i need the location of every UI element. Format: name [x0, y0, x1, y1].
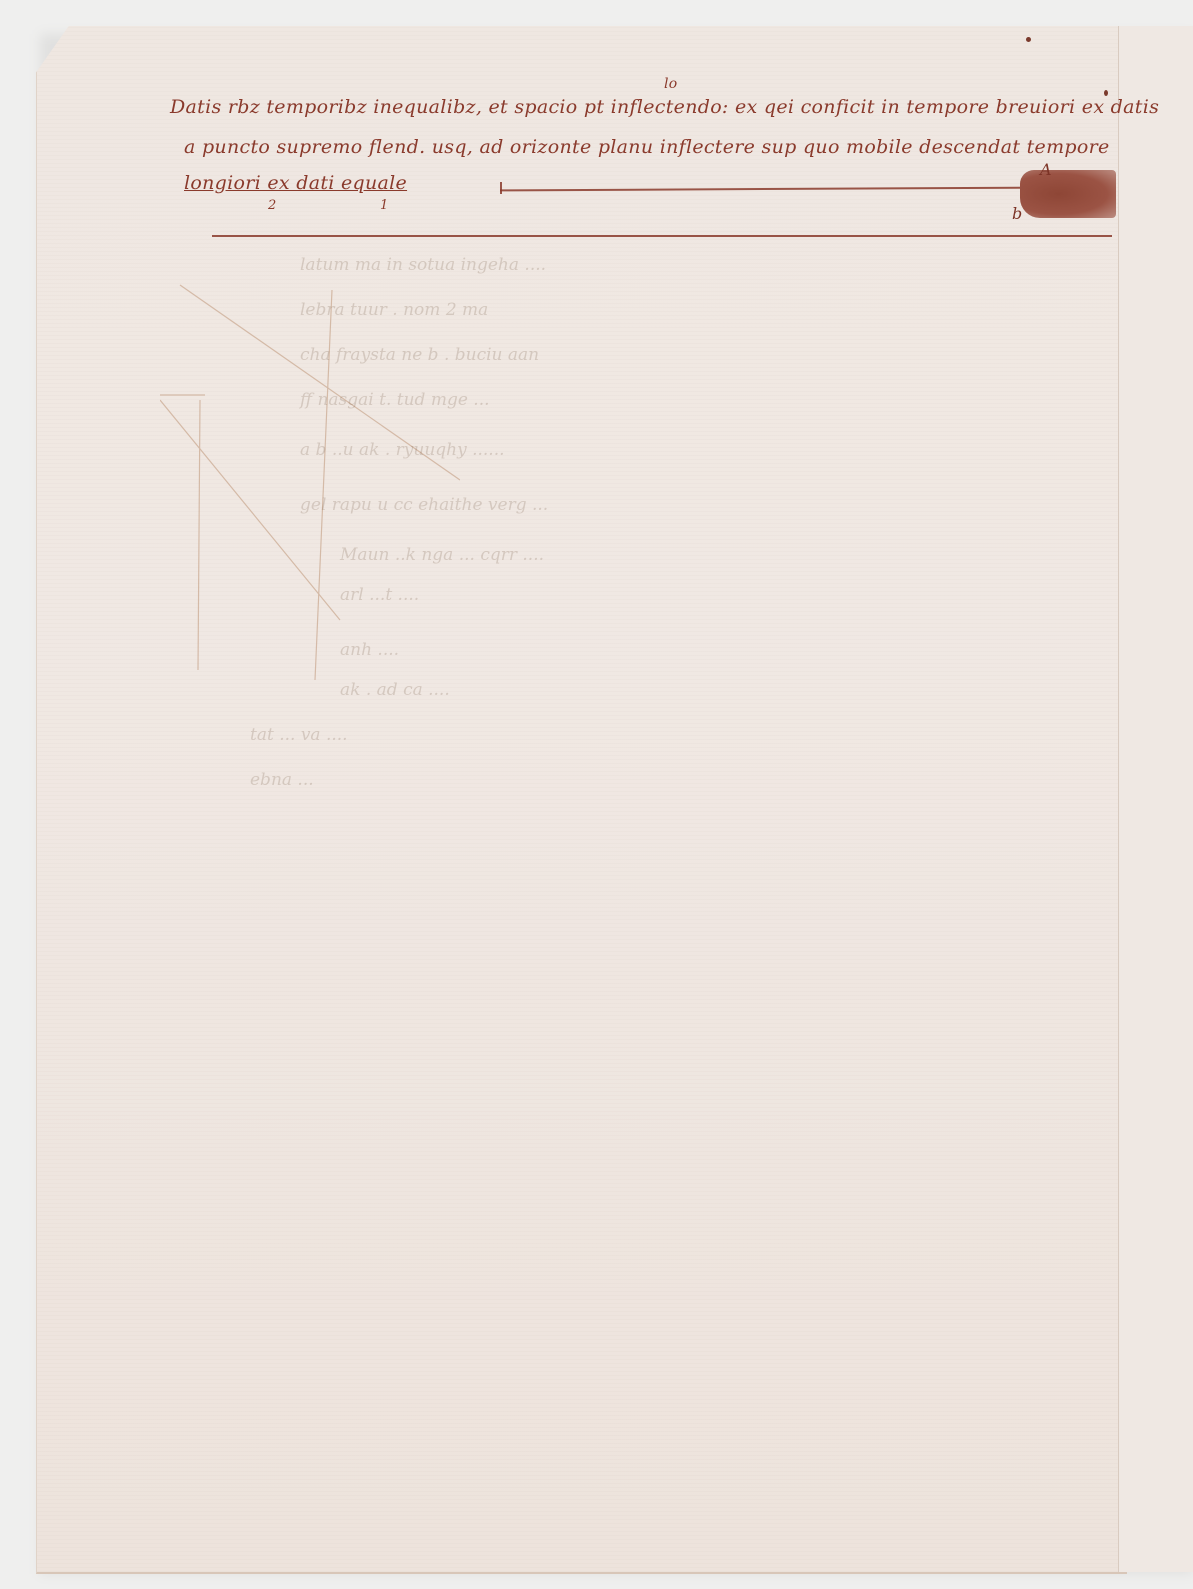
- heading-line-3: longiori ex dati equale: [184, 172, 407, 194]
- horizontal-rule: [212, 235, 1112, 237]
- line-tick: [500, 182, 502, 194]
- ink-speck: [1104, 90, 1108, 96]
- underline-mark-1: 1: [380, 198, 389, 213]
- bleed-text-line: anh ....: [340, 640, 399, 660]
- bleed-text-line: ff nasgai t. tud mge ...: [300, 390, 490, 410]
- ink-dot: [1026, 37, 1031, 42]
- bleed-text-line: gel rapu u cc ehaithe verg ...: [300, 495, 548, 515]
- point-label-b: b: [1012, 204, 1022, 223]
- bleed-text-line: tat ... va ....: [250, 725, 348, 745]
- bleed-text-line: lebra tuur . nom 2 ma: [300, 300, 488, 320]
- bleed-text-line: cha fraysta ne b . buciu aan: [300, 345, 539, 365]
- bleed-text-line: ak . ad ca ....: [340, 680, 450, 700]
- superscript-note: lo: [664, 76, 678, 92]
- heading-line-2: a puncto supremo flend. usq, ad orizonte…: [184, 136, 1110, 158]
- bleed-text-line: ebna ...: [250, 770, 314, 790]
- bleed-text-line: latum ma in sotua ingeha ....: [300, 255, 546, 275]
- bleed-text-line: a b ..u ak . ryuuqhy ......: [300, 440, 505, 460]
- heading-line-1: Datis rbz temporibz inequalibz, et spaci…: [170, 96, 1159, 118]
- bleed-text-line: Maun ..k nga ... cqrr ....: [340, 545, 544, 565]
- underline-mark-2: 2: [268, 198, 277, 213]
- point-label-a: A: [1040, 160, 1052, 179]
- ink-stain: [1020, 170, 1116, 218]
- bleed-text-line: arl ...t ....: [340, 585, 419, 605]
- adjacent-leaf: [1118, 26, 1193, 1572]
